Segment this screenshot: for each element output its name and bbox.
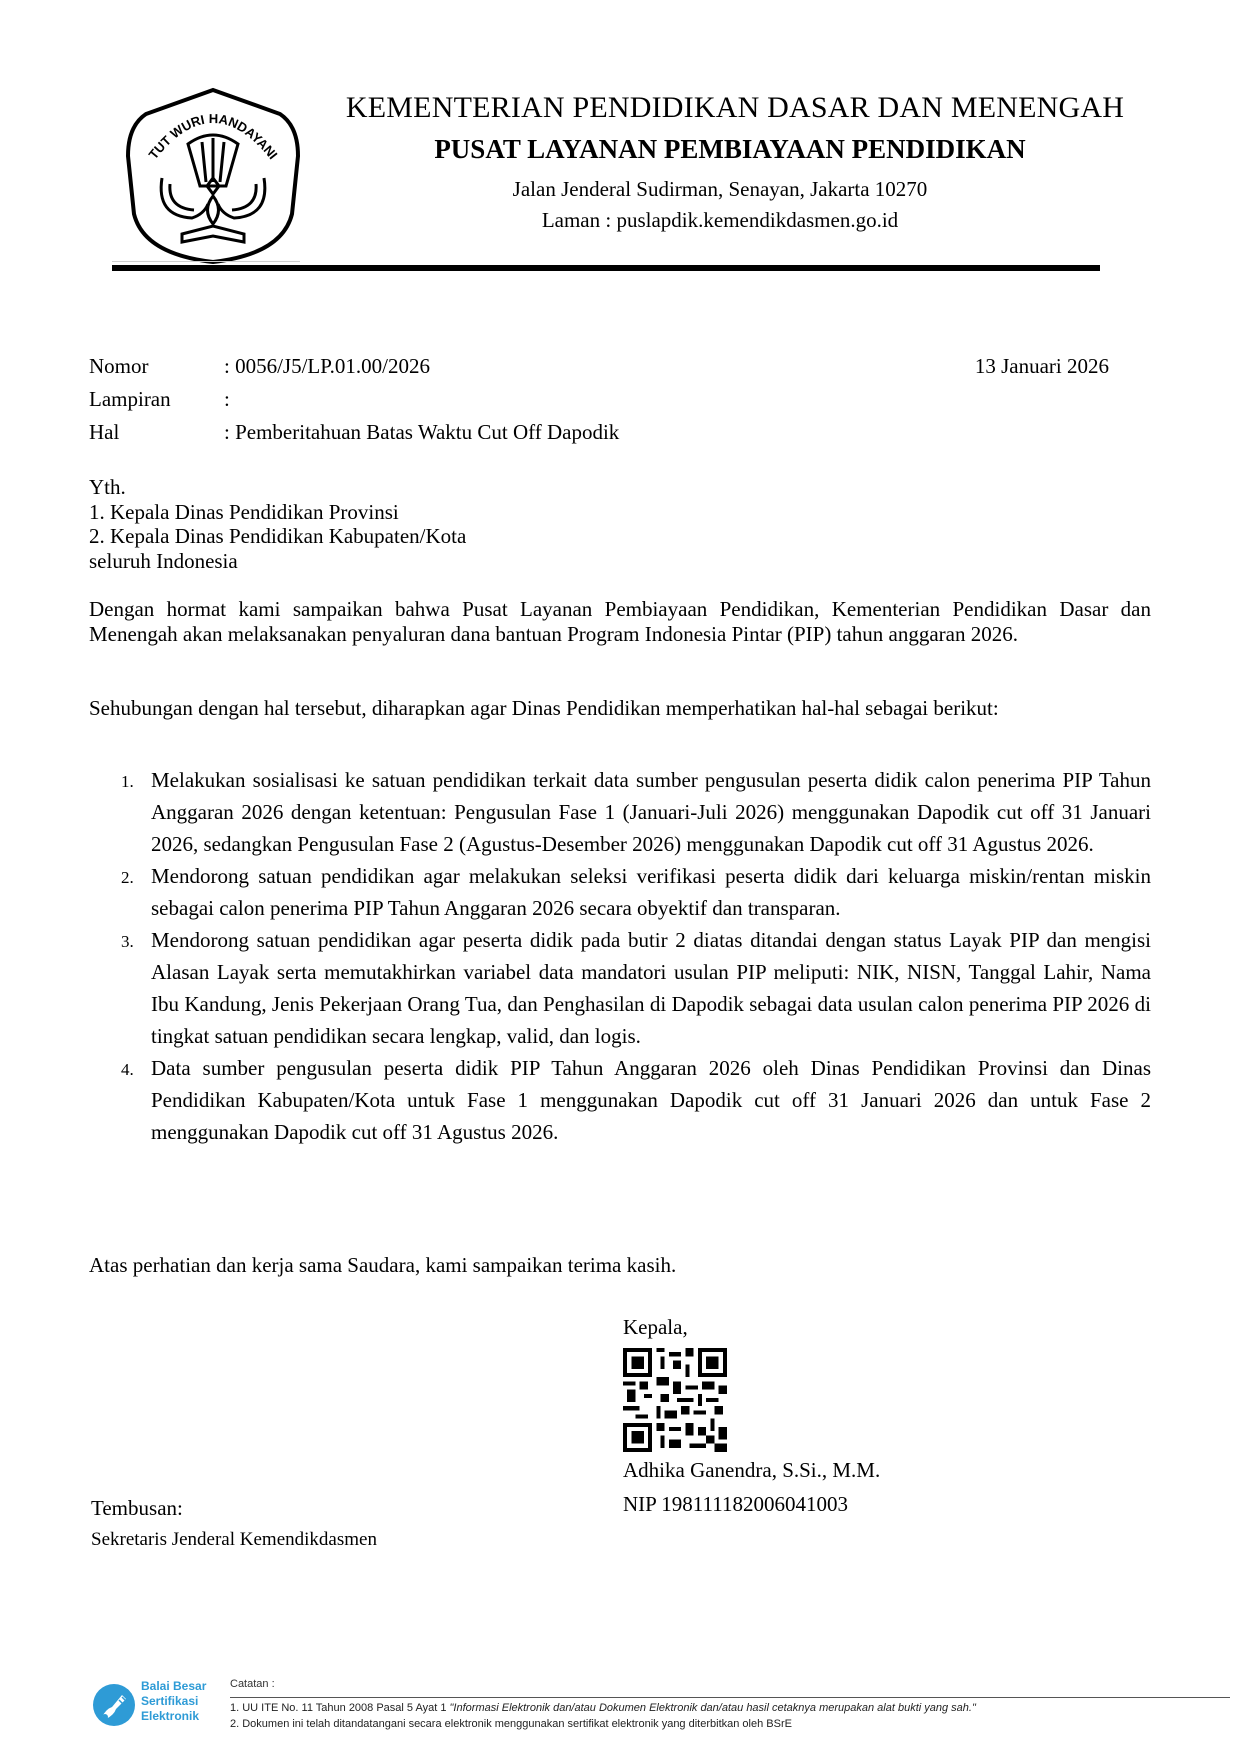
bsre-footer: Balai Besar Sertifikasi Elektronik Catat… [92, 1676, 1142, 1746]
bsre-name-line: Elektronik [141, 1709, 206, 1724]
greeting: Yth. [89, 475, 466, 500]
tut-wuri-handayani-emblem-icon: TUT WURI HANDAYANI [122, 86, 304, 266]
note-item: 2. Dokumen ini telah ditandatangani seca… [230, 1718, 792, 1730]
website-line: Laman : puslapdik.kemendikdasmen.go.id [290, 205, 1150, 235]
bsre-logo-icon [92, 1683, 136, 1727]
signatory-nip: NIP 198111182006041003 [623, 1490, 880, 1518]
addressee-line: 2. Kepala Dinas Pendidikan Kabupaten/Kot… [89, 524, 466, 549]
letter-meta: Nomor : 0056/J5/LP.01.00/2026 13 Januari… [89, 353, 1109, 452]
list-item: 3. Mendorong satuan pendidikan agar pese… [89, 924, 1151, 1052]
note-quote: "Informasi Elektronik dan/atau Dokumen E… [450, 1702, 976, 1714]
list-text: Mendorong satuan pendidikan agar peserta… [151, 928, 1151, 1048]
meta-label: Nomor [89, 353, 149, 379]
bsre-name-line: Sertifikasi [141, 1694, 206, 1709]
letterhead: KEMENTERIAN PENDIDIKAN DASAR DAN MENENGA… [290, 88, 1150, 235]
logo-underline [112, 261, 300, 262]
note-divider [230, 1697, 1230, 1698]
list-text: Mendorong satuan pendidikan agar melakuk… [151, 864, 1151, 920]
meta-row-lampiran: Lampiran : [89, 386, 1109, 419]
office-address: Jalan Jenderal Sudirman, Senayan, Jakart… [290, 174, 1150, 205]
meta-value: : 0056/J5/LP.01.00/2026 [224, 353, 430, 379]
bsre-name: Balai Besar Sertifikasi Elektronik [141, 1679, 206, 1724]
meta-row-hal: Hal : Pemberitahuan Batas Waktu Cut Off … [89, 419, 1109, 452]
meta-row-nomor: Nomor : 0056/J5/LP.01.00/2026 13 Januari… [89, 353, 1109, 386]
body-paragraph: Sehubungan dengan hal tersebut, diharapk… [89, 696, 1151, 721]
cc-label: Tembusan: [91, 1495, 377, 1521]
note-label: Catatan : [230, 1678, 275, 1690]
bsre-name-line: Balai Besar [141, 1679, 206, 1694]
instruction-list: 1. Melakukan sosialisasi ke satuan pendi… [89, 764, 1151, 1148]
list-number: 2. [121, 862, 134, 894]
letter-date: 13 Januari 2026 [975, 353, 1109, 379]
list-text: Data sumber pengusulan peserta didik PIP… [151, 1056, 1151, 1144]
closing-paragraph: Atas perhatian dan kerja sama Saudara, k… [89, 1252, 676, 1278]
addressee-line: seluruh Indonesia [89, 549, 466, 574]
meta-label: Hal [89, 419, 119, 445]
ministry-name: KEMENTERIAN PENDIDIKAN DASAR DAN MENENGA… [290, 88, 1150, 128]
addressee-block: Yth. 1. Kepala Dinas Pendidikan Provinsi… [89, 475, 466, 573]
list-text: Melakukan sosialisasi ke satuan pendidik… [151, 768, 1151, 856]
addressee-line: 1. Kepala Dinas Pendidikan Provinsi [89, 500, 466, 525]
list-number: 1. [121, 766, 134, 798]
unit-name: PUSAT LAYANAN PEMBIAYAAN PENDIDIKAN [290, 128, 1150, 170]
body-paragraph: Dengan hormat kami sampaikan bahwa Pusat… [89, 597, 1151, 646]
list-item: 2. Mendorong satuan pendidikan agar mela… [89, 860, 1151, 924]
list-number: 3. [121, 926, 134, 958]
signatory-name: Adhika Ganendra, S.Si., M.M. [623, 1456, 880, 1484]
list-item: 4. Data sumber pengusulan peserta didik … [89, 1052, 1151, 1148]
meta-value: : Pemberitahuan Batas Waktu Cut Off Dapo… [224, 419, 619, 445]
meta-label: Lampiran [89, 386, 171, 412]
meta-value: : [224, 386, 230, 412]
signature-block: Kepala, Adhika Ganendra, S.Si., M.M. NIP… [623, 1314, 880, 1518]
cc-item: Sekretaris Jenderal Kemendikdasmen [91, 1527, 377, 1553]
list-number: 4. [121, 1054, 134, 1086]
letterhead-rule [112, 265, 1100, 271]
note-item: 1. UU ITE No. 11 Tahun 2008 Pasal 5 Ayat… [230, 1702, 976, 1714]
note-text: 1. UU ITE No. 11 Tahun 2008 Pasal 5 Ayat… [230, 1702, 450, 1714]
carbon-copy-block: Tembusan: Sekretaris Jenderal Kemendikda… [91, 1495, 377, 1553]
list-item: 1. Melakukan sosialisasi ke satuan pendi… [89, 764, 1151, 860]
qr-code-icon[interactable] [623, 1348, 727, 1452]
signatory-title: Kepala, [623, 1314, 880, 1340]
